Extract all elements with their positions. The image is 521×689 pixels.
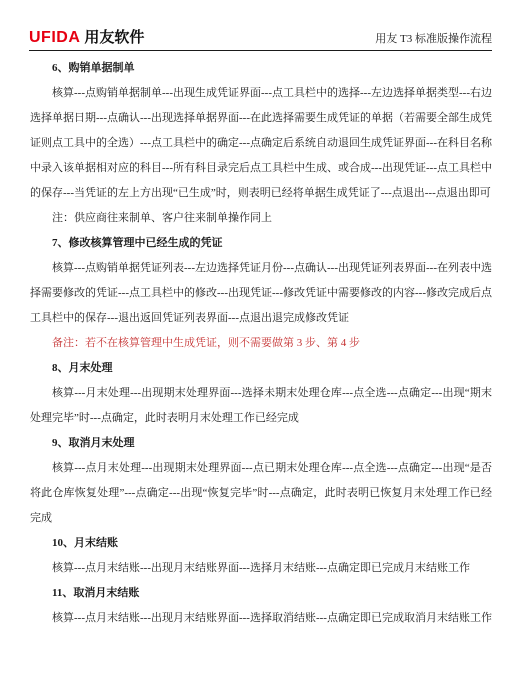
section-heading-7: 7、修改核算管理中已经生成的凭证 <box>30 231 492 256</box>
document-page: UFIDA 用友软件 用友 T3 标准版操作流程 6、购销单据制单 核算---点… <box>0 0 521 689</box>
section-heading-9: 9、取消月末处理 <box>30 431 492 456</box>
paragraph-11-steps: 核算---点月末结账---出现月末结账界面---选择取消结账---点确定即已完成… <box>30 606 492 631</box>
paragraph-6-steps: 核算---点购销单据制单---出现生成凭证界面---点工具栏中的选择---左边选… <box>30 81 492 206</box>
paragraph-8-steps: 核算---月末处理---出现期末处理界面---选择未期末处理仓库---点全选--… <box>30 381 492 431</box>
section-heading-8: 8、月末处理 <box>30 356 492 381</box>
ufida-logo-text-cn: 用友软件 <box>84 26 144 47</box>
ufida-logo-text-en: UFIDA <box>29 29 80 47</box>
section-heading-10: 10、月末结账 <box>30 531 492 556</box>
page-header: UFIDA 用友软件 用友 T3 标准版操作流程 <box>29 26 492 51</box>
section-heading-11: 11、取消月末结账 <box>30 581 492 606</box>
red-remark: 备注：若不在核算管理中生成凭证，则不需要做第 3 步、第 4 步 <box>30 331 492 356</box>
paragraph-9-steps: 核算---点月末处理---出现期末处理界面---点已期末处理仓库---点全选--… <box>30 456 492 531</box>
paragraph-10-steps: 核算---点月末结账---出现月末结账界面---选择月末结账---点确定即已完成… <box>30 556 492 581</box>
ufida-logo: UFIDA 用友软件 <box>29 26 144 47</box>
section-heading-6: 6、购销单据制单 <box>30 56 492 81</box>
paragraph-7-steps: 核算---点购销单据凭证列表---左边选择凭证月份---点确认---出现凭证列表… <box>30 256 492 331</box>
document-body: 6、购销单据制单 核算---点购销单据制单---出现生成凭证界面---点工具栏中… <box>30 56 492 631</box>
paragraph-6-note: 注：供应商往来制单、客户往来制单操作同上 <box>30 206 492 231</box>
document-title: 用友 T3 标准版操作流程 <box>375 30 492 47</box>
